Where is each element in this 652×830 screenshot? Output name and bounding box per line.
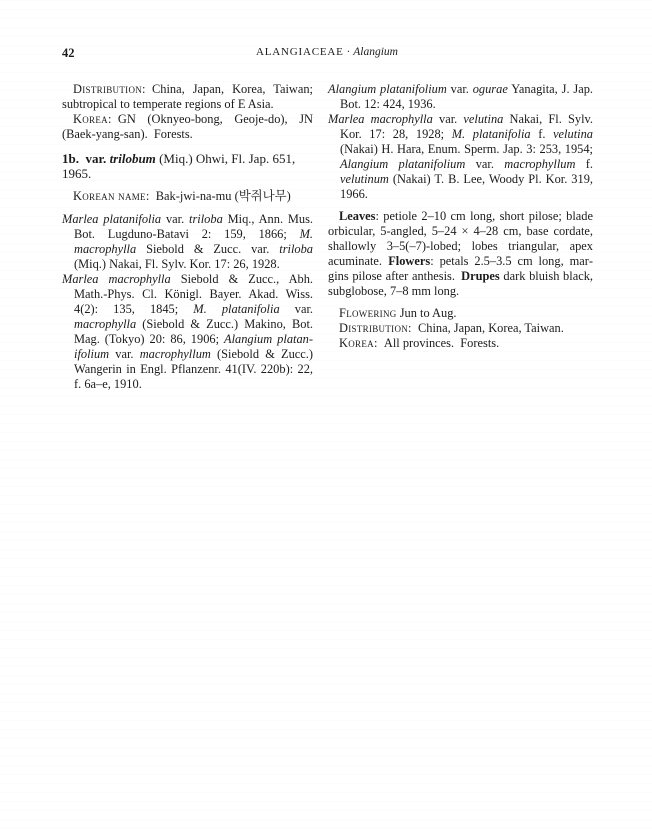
flowering-paragraph: Flowering Jun to Aug.	[328, 306, 593, 321]
page-header: 42 ALANGIACEAE · Alangium	[62, 46, 592, 62]
left-column: Distribution: China, Japan, Korea, Taiwa…	[62, 82, 313, 392]
distribution-paragraph: Distribution: China, Japan, Korea, Taiwa…	[328, 321, 593, 336]
text-columns: Distribution: China, Japan, Korea, Taiwa…	[62, 82, 593, 392]
synonymy-paragraph: Marlea macrophylla Siebold & Zucc., Abh.…	[62, 272, 313, 392]
distribution-paragraph: Distribution: China, Japan, Korea, Taiwa…	[62, 82, 313, 112]
synonymy-paragraph: Alangium platanifolium var. ogurae Yanag…	[328, 82, 593, 112]
korea-paragraph: Korea: GN (Oknyeo-bong, Geoje-do), JN (B…	[62, 112, 313, 142]
synonymy-paragraph: Marlea macrophylla var. velutina Nakai, …	[328, 112, 593, 202]
document-page: 42 ALANGIACEAE · Alangium Distribution: …	[0, 0, 652, 830]
korea-paragraph: Korea: All provinces. Forests.	[328, 336, 593, 351]
synonymy-paragraph: Marlea platanifolia var. triloba Miq., A…	[62, 212, 313, 272]
korean-name-paragraph: Korean name: Bak-jwi-na-mu (박쥐나무)	[62, 189, 313, 204]
description-paragraph: Leaves: petiole 2–10 cm long, short pilo…	[328, 209, 593, 299]
running-head: ALANGIACEAE · Alangium	[62, 46, 592, 58]
right-column: Alangium platanifolium var. ogurae Yanag…	[328, 82, 593, 392]
taxon-heading: 1b. var. trilobum (Miq.) Ohwi, Fl. Jap. …	[62, 151, 313, 181]
